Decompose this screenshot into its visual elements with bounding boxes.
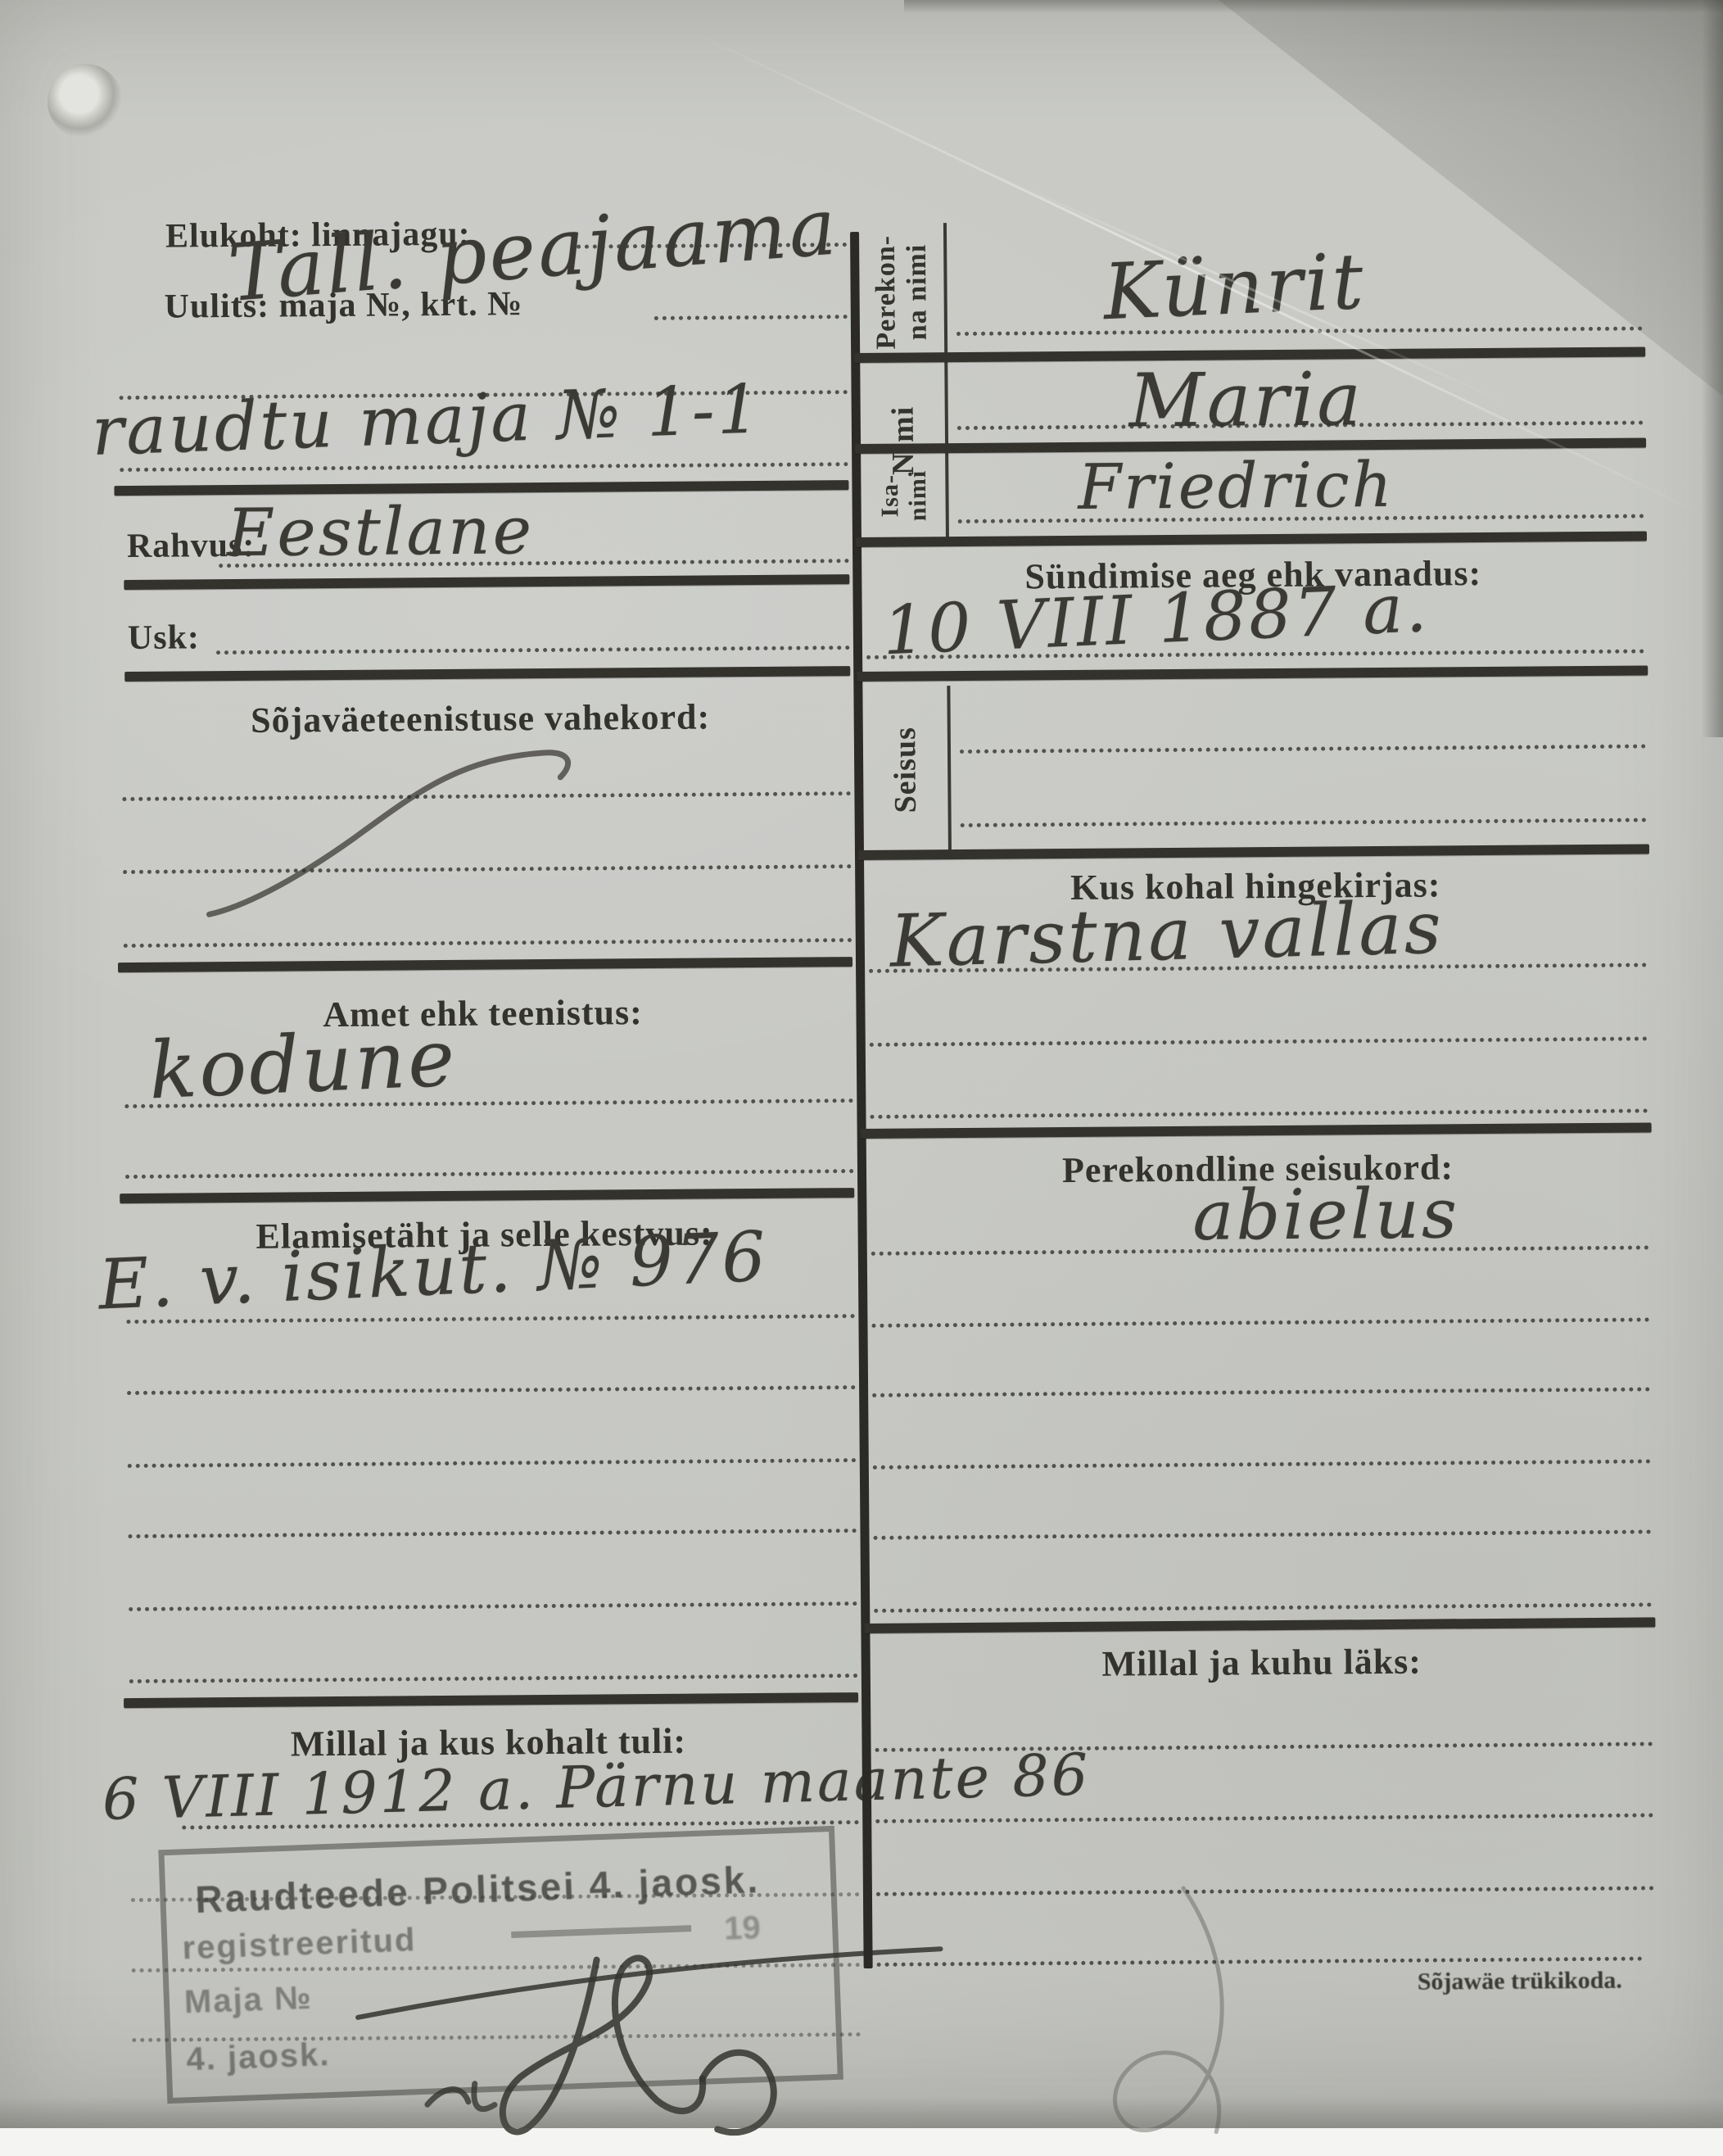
thick-rule [124, 1692, 858, 1708]
dotted-line [654, 315, 848, 320]
stamp-maja-label: Maja № [183, 1980, 313, 2022]
stamp-jaosk-label: 4. jaosk. [186, 2036, 331, 2078]
dotted-line [874, 1602, 1652, 1612]
dotted-line [870, 1036, 1648, 1046]
stamp-title: Raudteede Politsei 4. jaosk. [195, 1857, 761, 1922]
dotted-line [873, 1459, 1651, 1469]
thick-rule [858, 844, 1649, 860]
dotted-line [127, 1385, 856, 1395]
thick-rule [864, 1617, 1655, 1633]
printer-credit: Sõjawäe trükikoda. [1418, 1967, 1622, 1996]
dotted-line [128, 1529, 857, 1538]
dotted-line [876, 1886, 1654, 1896]
paper-hole [47, 64, 123, 139]
nimi-handwriting: Maria [1128, 356, 1363, 444]
thick-rule [124, 574, 849, 590]
dotted-line [872, 1387, 1650, 1397]
thick-rule [861, 1122, 1652, 1139]
dotted-line [875, 1813, 1653, 1823]
thick-rule [124, 666, 850, 682]
isanimi-handwriting: Friedrich [1078, 448, 1395, 523]
rahvus-handwriting: Eestlane [227, 492, 535, 571]
perekondline-handwriting: abielus [1192, 1173, 1459, 1256]
form-content: Elukoht: linnajagu: Uulits: maja №, krt.… [0, 0, 1723, 2135]
dotted-line [871, 1317, 1649, 1327]
thick-rule [857, 665, 1648, 682]
scanned-registration-card: Elukoht: linnajagu: Uulits: maja №, krt.… [0, 0, 1723, 2156]
amet-handwriting: kodune [147, 1012, 459, 1116]
dotted-line [125, 1169, 854, 1179]
thick-rule [856, 531, 1647, 547]
thick-rule [118, 957, 852, 972]
bottom-edge-shadow [0, 2097, 1723, 2128]
address-handwriting-1: Tall. peajaama [225, 180, 842, 319]
dotted-line [124, 938, 852, 948]
perekonnanimi-vertical-label: Perekon- na nimi [859, 223, 945, 361]
dotted-line [874, 1529, 1652, 1539]
dotted-line [961, 818, 1647, 827]
dotted-line [129, 1674, 858, 1683]
dotted-line [129, 1601, 857, 1611]
top-edge-shadow [904, 0, 1723, 13]
right-edge-shadow [1702, 0, 1723, 737]
dotted-line [216, 645, 850, 654]
seisus-vertical-label: Seisus [862, 686, 949, 854]
isanimi-vertical-label: Isa- nimi [861, 455, 947, 537]
dotted-line [870, 1108, 1648, 1118]
laks-header: Millal ja kuhu läks: [873, 1638, 1651, 1686]
dotted-line [877, 1957, 1643, 1967]
dotted-line [960, 744, 1646, 754]
address-handwriting-2: raudtu maja № 1-1 [90, 370, 763, 471]
thick-rule [120, 1188, 854, 1203]
dotted-line [128, 1458, 857, 1468]
usk-label: Usk: [128, 618, 200, 658]
pen-dash-scribble [190, 729, 617, 921]
